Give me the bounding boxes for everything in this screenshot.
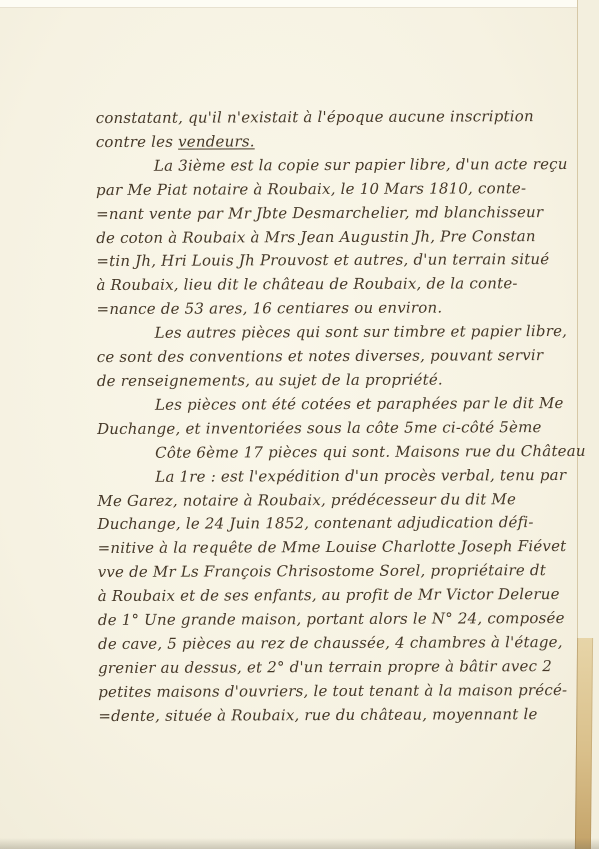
text-line: Les pièces ont été cotées et paraphées p…: [97, 392, 563, 418]
paragraph: Côte 6ème 17 pièces qui sont. Maisons ru…: [97, 440, 563, 466]
page-deckle-edge: [575, 638, 593, 849]
text-line: =dente, située à Roubaix, rue du château…: [98, 703, 564, 729]
text-line: par Me Piat notaire à Roubaix, le 10 Mar…: [96, 177, 562, 203]
text-line: de cave, 5 pièces au rez de chaussée, 4 …: [98, 631, 564, 657]
manuscript-text: constatant, qu'il n'existait à l'époque …: [96, 105, 565, 729]
paragraph: constatant, qu'il n'existait à l'époque …: [96, 105, 562, 155]
text-line: Côte 6ème 17 pièces qui sont. Maisons ru…: [97, 440, 563, 466]
manuscript-page-photo: constatant, qu'il n'existait à l'époque …: [0, 0, 599, 849]
paragraph: La 1re : est l'expédition d'un procès ve…: [97, 464, 564, 729]
text-line: à Roubaix, lieu dit le château de Roubai…: [96, 272, 562, 298]
text-line: Les autres pièces qui sont sur timbre et…: [97, 320, 563, 346]
text-line: ce sont des conventions et notes diverse…: [97, 344, 563, 370]
text-line: =nant vente par Mr Jbte Desmarchelier, m…: [96, 201, 562, 227]
text-line: de 1° Une grande maison, portant alors l…: [98, 607, 564, 633]
text-line: vve de Mr Ls François Chrisostome Sorel,…: [98, 559, 564, 585]
text-line: Duchange, et inventoriées sous la côte 5…: [97, 416, 563, 442]
text-line: La 3ième est la copie sur papier libre, …: [96, 153, 562, 179]
page-bottom-shadow: [0, 838, 599, 849]
paragraph: Les pièces ont été cotées et paraphées p…: [97, 392, 563, 442]
text-line: =nitive à la requête de Mme Louise Charl…: [98, 535, 564, 561]
text-line: grenier au dessus, et 2° d'un terrain pr…: [98, 655, 564, 681]
text-line: de coton à Roubaix à Mrs Jean Augustin J…: [96, 225, 562, 251]
page-top-edge: [0, 0, 599, 8]
text-line: à Roubaix et de ses enfants, au profit d…: [98, 583, 564, 609]
text-line: =tin Jh, Hri Louis Jh Prouvost et autres…: [96, 248, 562, 274]
underlined-text: vendeurs.: [178, 132, 255, 150]
text-line: La 1re : est l'expédition d'un procès ve…: [97, 464, 563, 490]
paragraph: La 3ième est la copie sur papier libre, …: [96, 153, 563, 322]
text-line: de renseignements, au sujet de la propri…: [97, 368, 563, 394]
text-line: constatant, qu'il n'existait à l'époque …: [96, 105, 562, 131]
text-line: Duchange, le 24 Juin 1852, contenant adj…: [97, 511, 563, 537]
text-line: petites maisons d'ouvriers, le tout tena…: [98, 679, 564, 705]
text-line: Me Garez, notaire à Roubaix, prédécesseu…: [97, 487, 563, 513]
paragraph: Les autres pièces qui sont sur timbre et…: [97, 320, 563, 394]
text-line: =nance de 53 ares, 16 centiares ou envir…: [96, 296, 562, 322]
text-line: contre les vendeurs.: [96, 129, 562, 155]
